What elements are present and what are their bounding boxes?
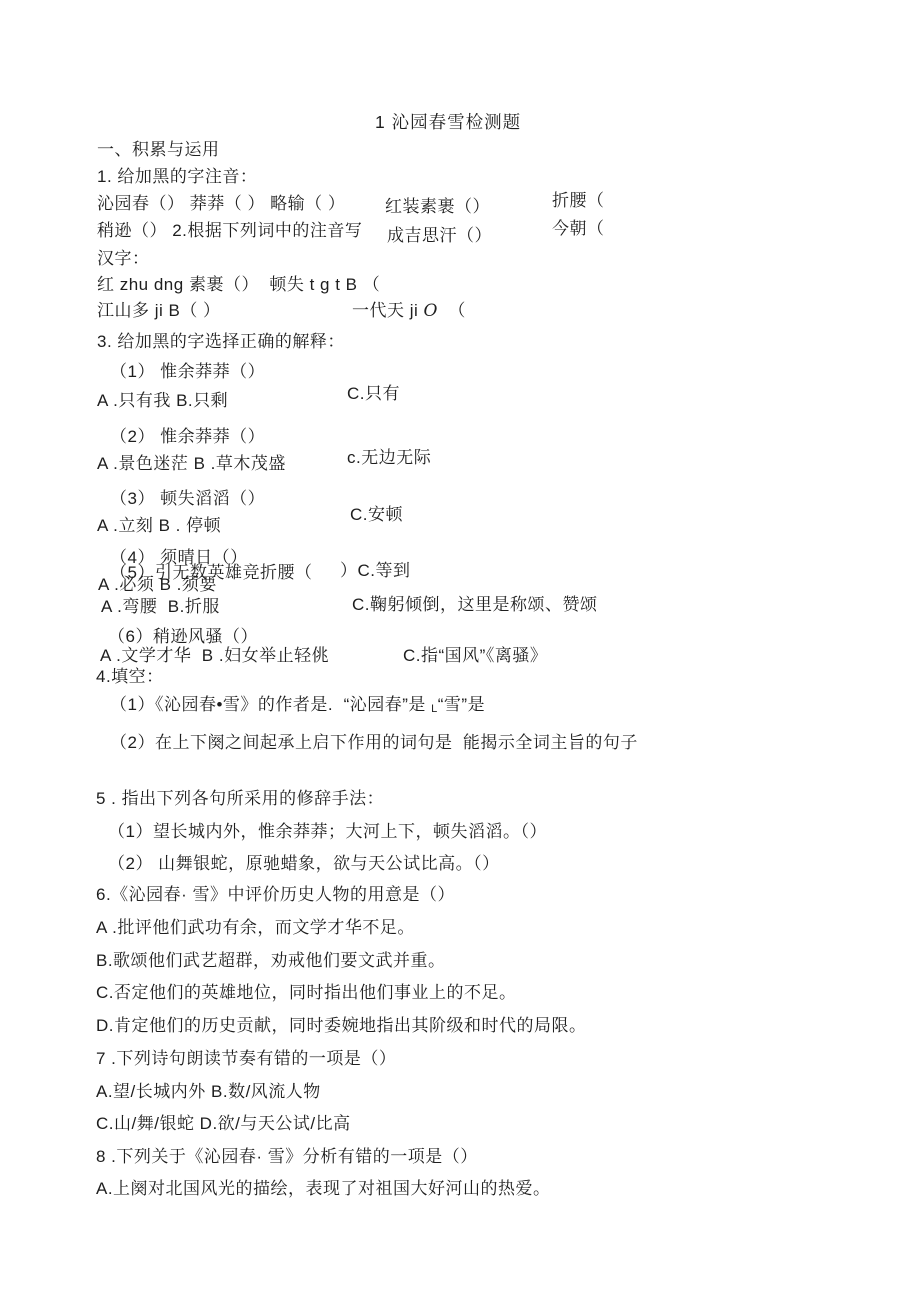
q2-row2-right-text: 一代天 ji xyxy=(352,301,424,320)
q1-row1-left: 沁园春（） 莽莽（ ） 略输（ ） xyxy=(97,193,345,214)
q2-row2-right: 一代天 ji O （ xyxy=(352,300,466,322)
q8-option-a: A.上阕对北国风光的描绘，表现了对祖国大好河山的热爱。 xyxy=(96,1178,551,1199)
q1-row3: 汉字： xyxy=(97,248,150,269)
q3-item3-options-ab: A .立刻 B . 停顿 xyxy=(97,515,221,536)
q3-prompt: 3. 给加黑的字选择正确的解释： xyxy=(97,331,345,352)
q3-item6-option-c: C.指“国风”《离骚》 xyxy=(403,645,547,666)
q6-option-c: C.否定他们的英雄地位，同时指出他们事业上的不足。 xyxy=(96,982,517,1003)
q3-item2-options-ab: A .景色迷茫 B .草木茂盛 xyxy=(97,453,286,474)
q5-prompt: 5 . 指出下列各句所采用的修辞手法： xyxy=(96,788,384,809)
q7-options-ab: A.望/长城内外 B.数/风流人物 xyxy=(96,1081,321,1102)
q4-item1-text: （1）《沁园春•雪》的作者是. “沁园春”是 xyxy=(110,695,431,714)
document-page: 1 沁园春雪检测题 一、积累与运用 1. 给加黑的字注音： 沁园春（） 莽莽（ … xyxy=(0,0,920,1301)
q3-item3-stem: （3） 顿失滔滔（） xyxy=(110,488,265,509)
q5-item2: （2） 山舞银蛇，原驰蜡象，欲与天公试比高。（） xyxy=(108,853,500,874)
q3-item1-options-ab: A .只有我 B.只剩 xyxy=(97,390,228,411)
q8-prompt: 8 .下列关于《沁园春· 雪》分析有错的一项是（） xyxy=(96,1146,478,1167)
q1-row2-right: 今朝（ xyxy=(552,218,605,239)
q3-item6-options-ab: A .文学才华 B .妇女举止轻佻 xyxy=(100,645,329,666)
q4-item2: （2）在上下阕之间起承上启下作用的词句是 能揭示全词主旨的句子 xyxy=(110,732,638,753)
q4-item1-tail: “雪”是 xyxy=(438,695,485,714)
q3-item1-option-c: C.只有 xyxy=(347,383,400,404)
q3-item5-option-c-deng: ）C.等到 xyxy=(340,560,411,581)
q2-row1: 红 zhu dng 素裹（） 顿失 t g t B （ xyxy=(97,274,380,295)
q3-item1-stem: （1） 惟余莽莽（） xyxy=(110,361,265,382)
q4-item1-subscript: L xyxy=(431,703,438,715)
q4-prompt: 4.填空： xyxy=(96,666,164,687)
q2-row2-left: 江山多 ji B（ ） xyxy=(97,300,221,321)
q6-option-d: D.肯定他们的历史贡献，同时委婉地指出其阶级和时代的局限。 xyxy=(96,1015,587,1036)
q6-option-a: A .批评他们武功有余，而文学才华不足。 xyxy=(96,917,415,938)
q2-row2-right-paren: （ xyxy=(438,301,466,320)
q3-item5-option-c: C.鞠躬倾倒，这里是称颂、赞颂 xyxy=(352,594,598,615)
q3-item2-option-c: c.无边无际 xyxy=(347,447,431,468)
q4-item1: （1）《沁园春•雪》的作者是. “沁园春”是 L“雪”是 xyxy=(110,694,485,717)
q6-prompt: 6.《沁园春· 雪》中评价历史人物的用意是（） xyxy=(96,884,455,905)
document-title: 1 沁园春雪检测题 xyxy=(375,112,521,134)
q7-prompt: 7 .下列诗句朗读节奏有错的一项是（） xyxy=(96,1048,396,1069)
q1-row1-mid: 红装素裹（） xyxy=(385,196,490,217)
q1-row2-left: 稍逊（） 2.根据下列词中的注音写 xyxy=(97,220,362,241)
q3-item4-options-ab: A .必须 B .须要 xyxy=(98,574,217,595)
q7-options-cd: C.山/舞/银蛇 D.欲/与天公试/比高 xyxy=(96,1113,351,1134)
q3-item3-option-c: C.安顿 xyxy=(350,504,403,525)
q1-row2-mid: 成吉思汗（） xyxy=(387,225,492,246)
q5-item1: （1）望长城内外，惟余莽莽；大河上下，顿失滔滔。（） xyxy=(108,821,547,842)
q3-item2-stem: （2） 惟余莽莽（） xyxy=(110,426,265,447)
q1-row1-right: 折腰（ xyxy=(552,190,605,211)
q2-row2-right-italic-o: O xyxy=(424,301,438,321)
section-1-heading: 一、积累与运用 xyxy=(97,139,220,160)
q1-prompt: 1. 给加黑的字注音： xyxy=(97,166,257,187)
q6-option-b: B.歌颂他们武艺超群，劝戒他们要文武并重。 xyxy=(96,950,446,971)
q3-item5-options-ab: A .弯腰 B.折服 xyxy=(101,596,220,617)
